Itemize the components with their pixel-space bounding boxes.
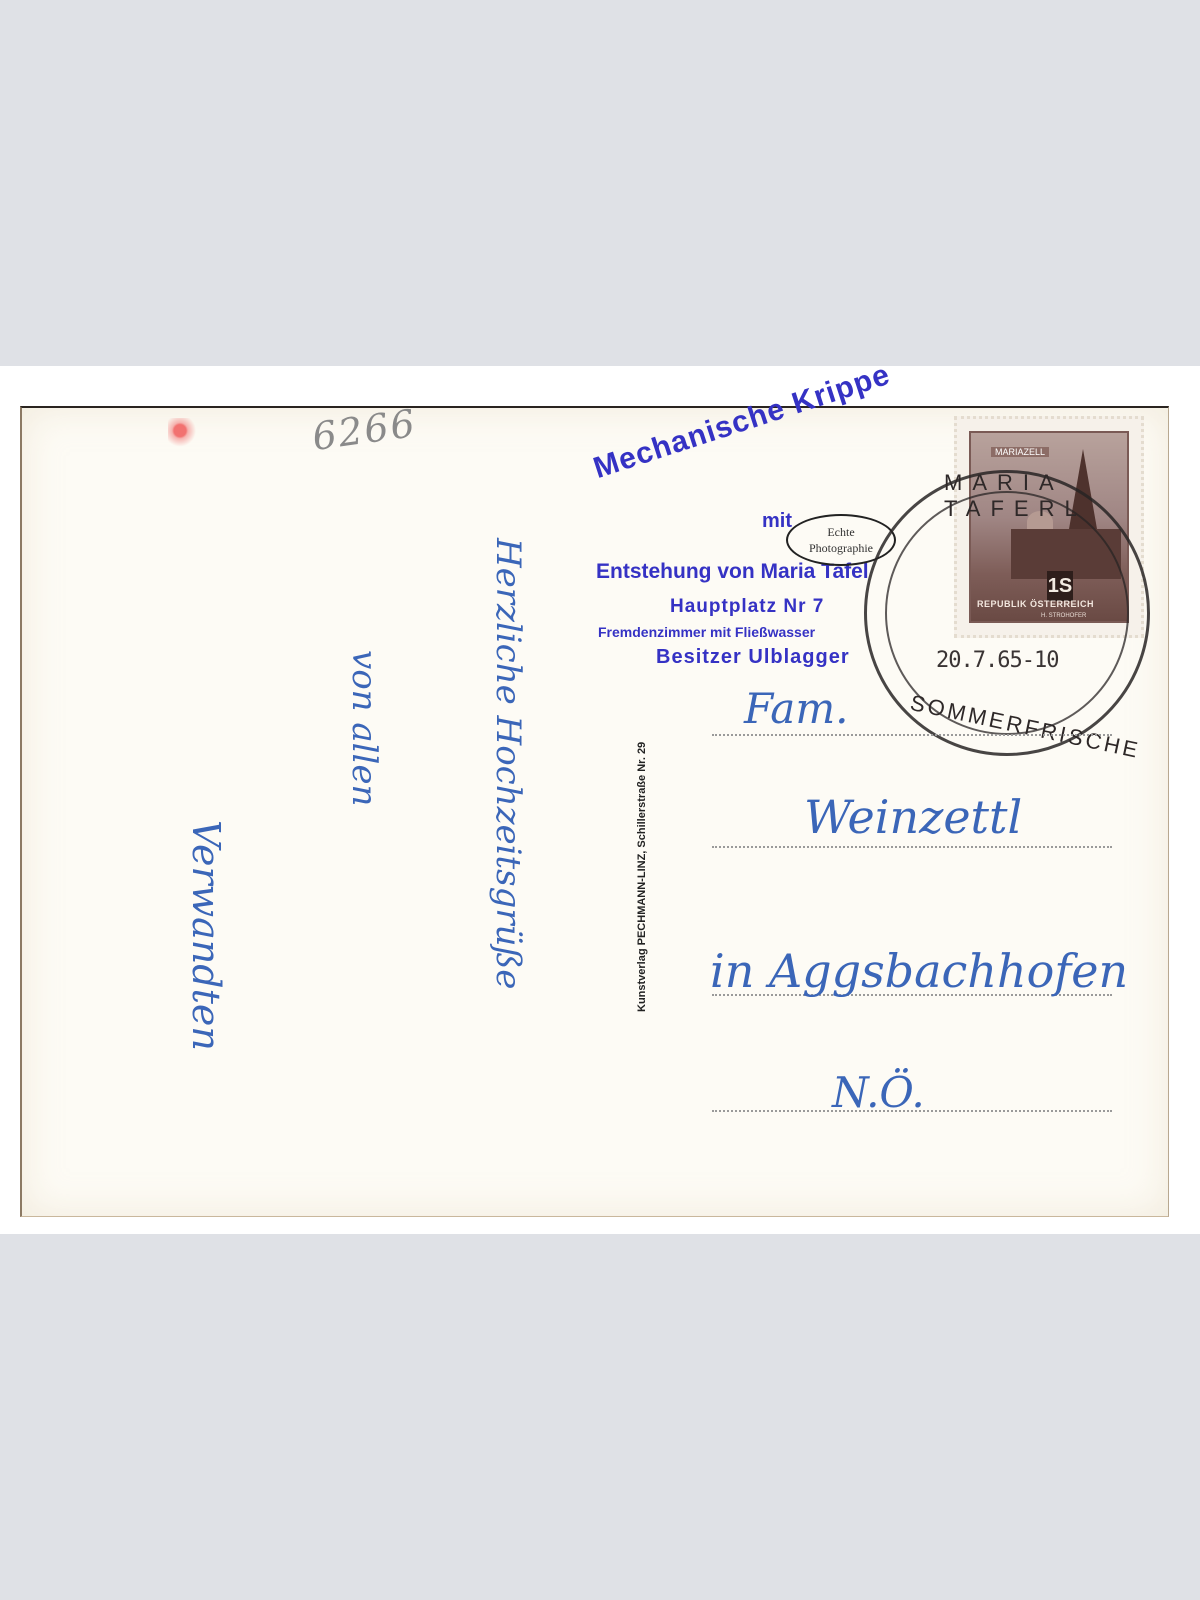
photo-oval-line-1: Echte xyxy=(788,524,894,540)
business-stamp-rooms: Fremdenzimmer mit Fließwasser xyxy=(598,624,815,640)
address-recipient-prefix: Fam. xyxy=(744,684,849,733)
publisher-imprint: Kunstverlag PECHMANN-LINZ, Schillerstraß… xyxy=(636,742,648,1012)
business-stamp-address: Hauptplatz Nr 7 xyxy=(670,596,824,618)
postmark-bottom-text: SOMMERFRISCHE xyxy=(888,652,1138,752)
postmark-town: MARIA TAFERL xyxy=(944,470,1200,522)
address-region: N.Ö. xyxy=(832,1068,925,1117)
address-recipient-name: Weinzettl xyxy=(804,790,1022,844)
greeting-line-3: Verwandten xyxy=(184,820,228,1051)
business-stamp-owner: Besitzer Ulblagger xyxy=(656,646,850,669)
stamp-location-label: MARIAZELL xyxy=(991,447,1049,457)
address-town: in Aggsbachhofen xyxy=(710,944,1128,998)
address-line-1 xyxy=(712,734,1112,736)
red-stain xyxy=(168,418,198,454)
greeting-line-1: Herzliche Hochzeitsgrüße xyxy=(488,538,528,989)
address-line-2 xyxy=(712,846,1112,848)
greeting-line-2: von allen xyxy=(344,650,384,806)
